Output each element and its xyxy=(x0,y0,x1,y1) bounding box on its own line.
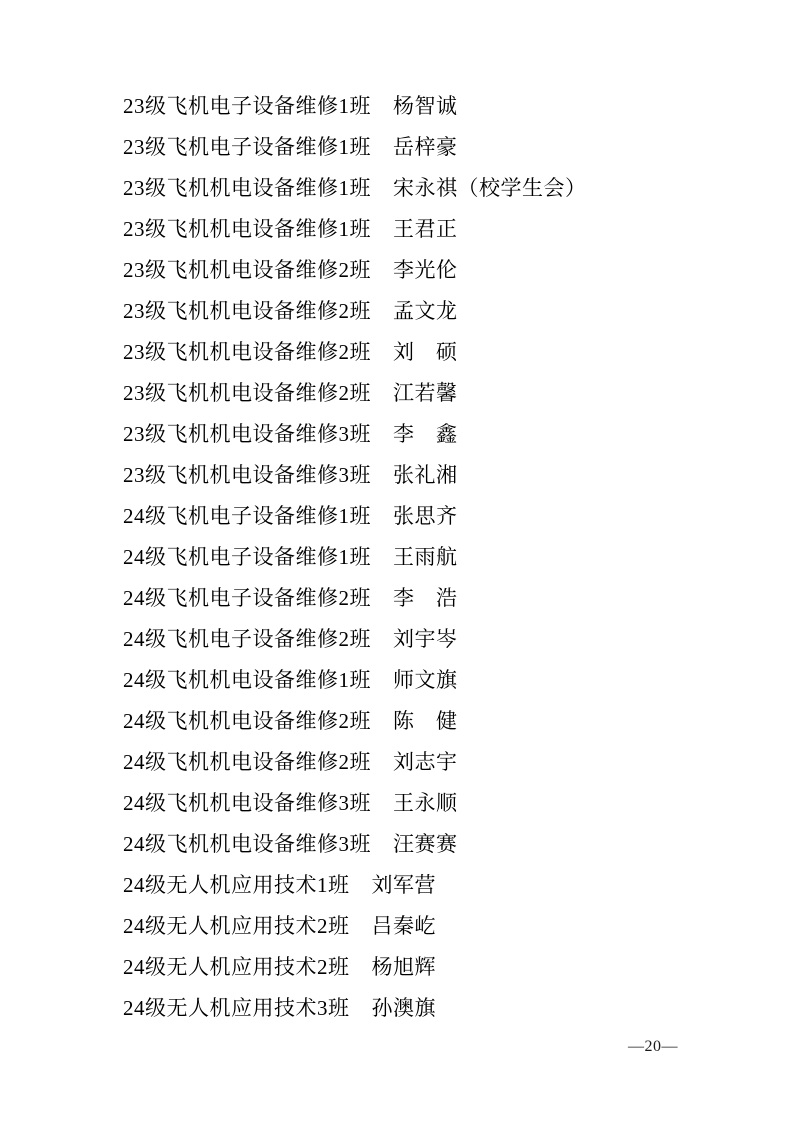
student-name-text: 李 浩 xyxy=(393,578,458,619)
student-name-text: 张思齐 xyxy=(393,496,458,537)
class-name-text: 24级飞机机电设备维修3班 xyxy=(123,783,371,824)
student-name-text: 刘宇岑 xyxy=(393,619,458,660)
class-name-text: 24级无人机应用技术3班 xyxy=(123,988,350,1029)
roster-row: 23级飞机机电设备维修3班 李 鑫 xyxy=(123,414,753,455)
roster-row: 24级飞机机电设备维修2班 陈 健 xyxy=(123,701,753,742)
student-name-text: 陈 健 xyxy=(393,701,458,742)
roster-row: 24级无人机应用技术1班 刘军营 xyxy=(123,865,753,906)
student-name-text: 王永顺 xyxy=(393,783,458,824)
class-name-text: 23级飞机机电设备维修2班 xyxy=(123,291,371,332)
class-name-text: 24级无人机应用技术2班 xyxy=(123,906,350,947)
student-name-text: 王雨航 xyxy=(393,537,458,578)
student-name-text: 师文旗 xyxy=(393,660,458,701)
class-name-text: 24级飞机电子设备维修1班 xyxy=(123,537,371,578)
roster-row: 24级无人机应用技术3班 孙澳旗 xyxy=(123,988,753,1029)
student-name-text: 汪赛赛 xyxy=(393,824,458,865)
class-name-text: 23级飞机机电设备维修2班 xyxy=(123,332,371,373)
roster-row: 24级飞机电子设备维修1班 张思齐 xyxy=(123,496,753,537)
student-name-text: 杨旭辉 xyxy=(372,947,437,988)
class-name-text: 23级飞机机电设备维修1班 xyxy=(123,168,371,209)
class-name-text: 24级飞机机电设备维修2班 xyxy=(123,742,371,783)
class-name-text: 23级飞机机电设备维修1班 xyxy=(123,209,371,250)
class-name-text: 24级无人机应用技术1班 xyxy=(123,865,350,906)
student-name-text: 刘 硕 xyxy=(393,332,458,373)
student-name-text: 孟文龙 xyxy=(393,291,458,332)
class-name-text: 24级飞机机电设备维修2班 xyxy=(123,701,371,742)
roster-row: 24级飞机机电设备维修2班 刘志宇 xyxy=(123,742,753,783)
student-name-text: 吕秦屹 xyxy=(372,906,437,947)
class-name-text: 24级飞机机电设备维修1班 xyxy=(123,660,371,701)
roster-row: 23级飞机机电设备维修2班 江若馨 xyxy=(123,373,753,414)
roster-row: 24级飞机电子设备维修1班 王雨航 xyxy=(123,537,753,578)
student-name-text: 孙澳旗 xyxy=(372,988,437,1029)
class-name-text: 23级飞机电子设备维修1班 xyxy=(123,86,371,127)
class-name-text: 23级飞机机电设备维修2班 xyxy=(123,250,371,291)
student-name-text: 宋永祺（校学生会） xyxy=(393,168,587,209)
roster-row: 23级飞机机电设备维修3班 张礼湘 xyxy=(123,455,753,496)
roster-row: 24级飞机电子设备维修2班 刘宇岑 xyxy=(123,619,753,660)
roster-row: 23级飞机机电设备维修2班 孟文龙 xyxy=(123,291,753,332)
class-name-text: 24级飞机电子设备维修1班 xyxy=(123,496,371,537)
student-name-text: 李光伦 xyxy=(393,250,458,291)
student-name-text: 李 鑫 xyxy=(393,414,458,455)
roster-row: 23级飞机机电设备维修2班 李光伦 xyxy=(123,250,753,291)
class-name-text: 23级飞机机电设备维修3班 xyxy=(123,414,371,455)
document-page: 23级飞机电子设备维修1班 杨智诚 23级飞机电子设备维修1班 岳梓豪 23级飞… xyxy=(0,0,793,1122)
roster-row: 23级飞机机电设备维修1班 宋永祺（校学生会） xyxy=(123,168,753,209)
student-name-text: 江若馨 xyxy=(393,373,458,414)
class-name-text: 24级无人机应用技术2班 xyxy=(123,947,350,988)
class-name-text: 24级飞机机电设备维修3班 xyxy=(123,824,371,865)
roster-row: 23级飞机电子设备维修1班 岳梓豪 xyxy=(123,127,753,168)
roster-row: 24级飞机机电设备维修3班 汪赛赛 xyxy=(123,824,753,865)
student-name-text: 岳梓豪 xyxy=(393,127,458,168)
student-name-text: 刘志宇 xyxy=(393,742,458,783)
roster-row: 23级飞机机电设备维修1班 王君正 xyxy=(123,209,753,250)
roster-row: 24级飞机电子设备维修2班 李 浩 xyxy=(123,578,753,619)
roster-row: 24级飞机机电设备维修1班 师文旗 xyxy=(123,660,753,701)
class-name-text: 24级飞机电子设备维修2班 xyxy=(123,619,371,660)
roster-row: 23级飞机电子设备维修1班 杨智诚 xyxy=(123,86,753,127)
roster-row: 24级飞机机电设备维修3班 王永顺 xyxy=(123,783,753,824)
student-name-text: 王君正 xyxy=(393,209,458,250)
student-name-text: 杨智诚 xyxy=(393,86,458,127)
class-name-text: 24级飞机电子设备维修2班 xyxy=(123,578,371,619)
roster-row: 24级无人机应用技术2班 吕秦屹 xyxy=(123,906,753,947)
class-name-text: 23级飞机机电设备维修3班 xyxy=(123,455,371,496)
class-name-text: 23级飞机电子设备维修1班 xyxy=(123,127,371,168)
student-name-text: 刘军营 xyxy=(372,865,437,906)
roster-row: 24级无人机应用技术2班 杨旭辉 xyxy=(123,947,753,988)
student-name-text: 张礼湘 xyxy=(393,455,458,496)
roster-row: 23级飞机机电设备维修2班 刘 硕 xyxy=(123,332,753,373)
page-number: —20— xyxy=(628,1036,678,1058)
student-roster-list: 23级飞机电子设备维修1班 杨智诚 23级飞机电子设备维修1班 岳梓豪 23级飞… xyxy=(123,86,753,1029)
class-name-text: 23级飞机机电设备维修2班 xyxy=(123,373,371,414)
